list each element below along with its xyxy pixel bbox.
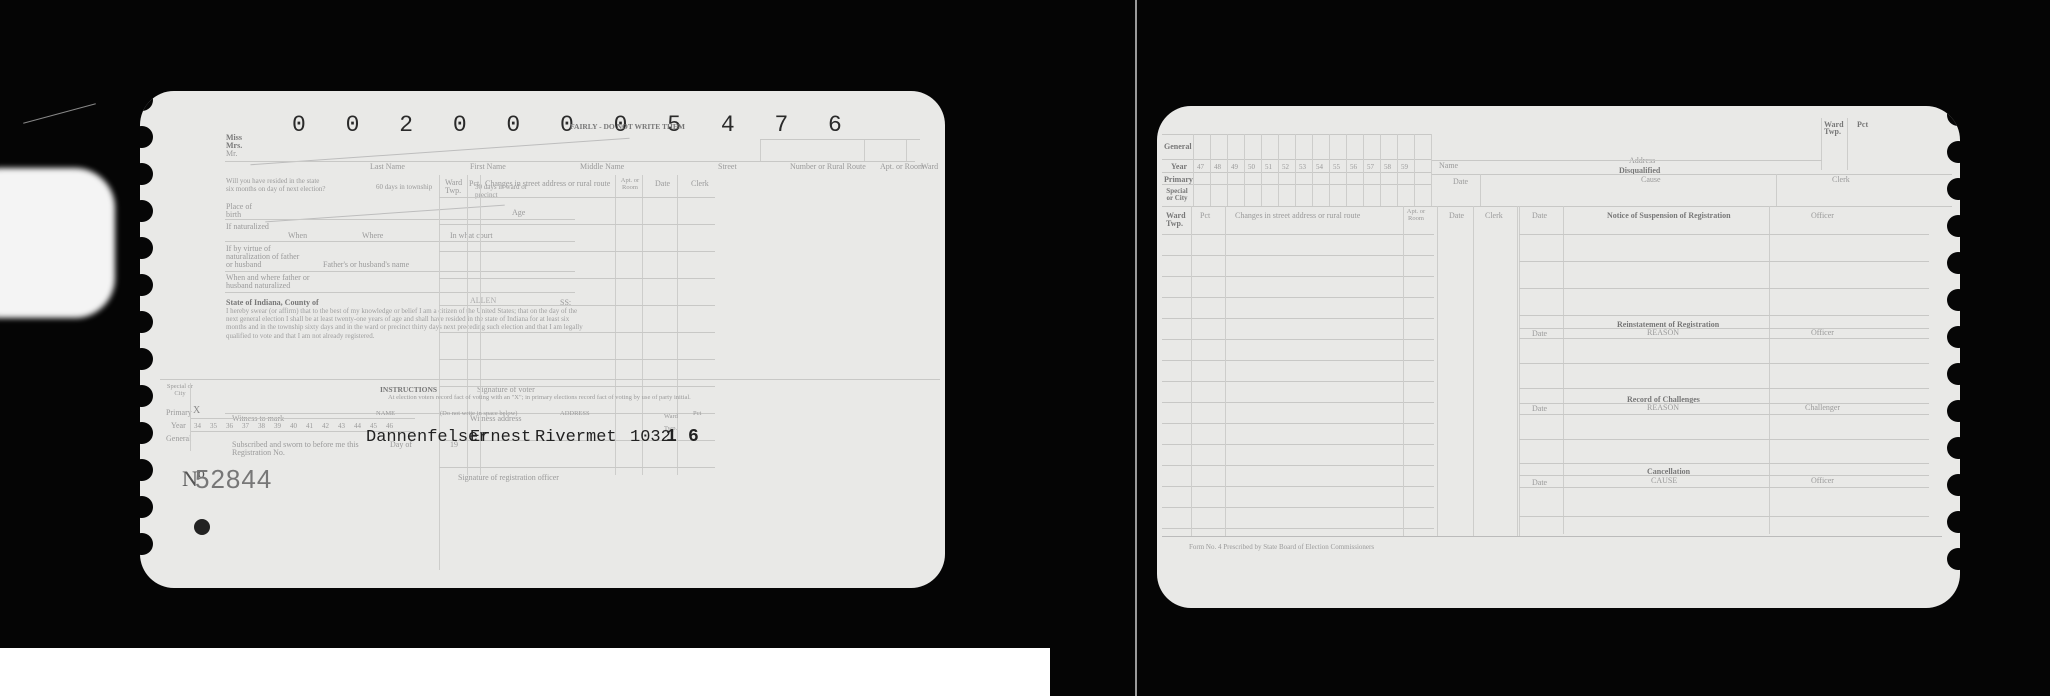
rule [1295, 134, 1296, 206]
rule [1210, 134, 1211, 206]
rule [1363, 134, 1364, 206]
label-last-name: Last Name [370, 163, 405, 171]
punch-hole-icon [140, 91, 153, 111]
back-changes-table: Ward Twp. Pct Changes in street address … [1162, 206, 1434, 536]
year-cell: 48 [1214, 163, 1221, 171]
table-row [1162, 276, 1434, 277]
registration-officer-label: Signature of registration officer [458, 474, 559, 482]
label-ward: Ward [921, 163, 938, 171]
instructions-heading: INSTRUCTIONS [380, 386, 437, 394]
place-of-birth-label: Place of birth [226, 203, 256, 219]
table-row [1519, 261, 1929, 262]
punch-hole-icon [1947, 363, 1960, 385]
label-general: General [166, 435, 191, 443]
header-notice: FAIRLY - DO NOT WRITE THEM [570, 123, 685, 131]
rule [1480, 174, 1481, 206]
back-pct-label: Pct [1857, 121, 1868, 129]
year-cell: 51 [1265, 163, 1272, 171]
punch-hole-icon [140, 274, 153, 296]
instructions-no-write: (Do not write in space below) [440, 411, 517, 418]
back-col-changes: Changes in street address or rural route [1235, 212, 1360, 220]
rule [1278, 134, 1279, 206]
rule [1329, 134, 1330, 206]
col-date: Date [655, 180, 670, 188]
rule [1563, 206, 1564, 534]
punch-hole-icon [140, 348, 153, 370]
typed-first-name: Ernest [470, 428, 531, 447]
year-cell: 41 [306, 422, 313, 430]
back-address-label: Address [1629, 157, 1655, 165]
table-row [439, 251, 715, 252]
year-cell: 56 [1350, 163, 1357, 171]
table-row [439, 467, 715, 468]
rule [906, 139, 907, 161]
rule [1431, 134, 1432, 206]
white-overlay-bar [0, 648, 1050, 696]
punch-hole-icon [1947, 474, 1960, 496]
punch-hole-icon [140, 200, 153, 222]
typed-number: 1032 [630, 428, 671, 447]
table-row [1519, 234, 1929, 235]
where-label: Where [362, 232, 383, 240]
year-cell: 50 [1248, 163, 1255, 171]
year-cell: 35 [210, 422, 217, 430]
when-label: When [288, 232, 307, 240]
table-row [439, 305, 715, 306]
rule [1437, 206, 1438, 536]
rule [1225, 206, 1226, 536]
rule [760, 139, 920, 140]
reinstatement-col-reason: REASON [1647, 329, 1679, 337]
table-row [1162, 339, 1434, 340]
registration-number: 52844 [195, 464, 272, 495]
punch-hole-icon [140, 422, 153, 444]
challenges-col-reason: REASON [1647, 404, 1679, 412]
back-cause-label: Cause [1641, 176, 1661, 184]
residence-question: Will you have resided in the state six m… [226, 177, 326, 193]
year-cell: 36 [226, 422, 233, 430]
punch-hole-icon [1947, 289, 1960, 311]
title-mr: Mr. [226, 150, 237, 158]
year-cell: 54 [1316, 163, 1323, 171]
year-cell: 58 [1384, 163, 1391, 171]
punch-hole-icon [1947, 215, 1960, 237]
year-cell: 43 [338, 422, 345, 430]
instructions-name-label: NAME [376, 411, 395, 418]
naturalized-label: If naturalized [226, 223, 269, 231]
year-cell: 44 [354, 422, 361, 430]
rule [1432, 174, 1952, 175]
punch-hole-icon [1947, 511, 1960, 533]
label-first-name: First Name [470, 163, 506, 171]
rule [1162, 172, 1432, 173]
col-changes: Changes in street address or rural route [485, 180, 610, 188]
label-year: Year [171, 422, 186, 430]
col-apt-room: Apt. or Room [619, 177, 641, 191]
oath-heading: State of Indiana, County of [226, 299, 319, 307]
punch-hole-icon [140, 237, 153, 259]
typed-precinct: 6 [688, 427, 699, 447]
table-row [1162, 318, 1434, 319]
suspension-col-date: Date [1532, 212, 1547, 220]
back-ward-label: Ward Twp. [1824, 121, 1844, 135]
year-cell: 59 [1401, 163, 1408, 171]
punch-hole-icon [1947, 252, 1960, 274]
year-cell: 53 [1299, 163, 1306, 171]
punch-hole-icon [194, 519, 210, 535]
year-cell: 47 [1197, 163, 1204, 171]
rule [190, 383, 191, 451]
year-cell: 52 [1282, 163, 1289, 171]
rule [1162, 536, 1942, 537]
rule [1162, 184, 1432, 185]
table-row [1519, 328, 1929, 329]
rule [1821, 118, 1822, 170]
instructions-text: At election voters record fact of voting… [388, 394, 828, 401]
table-row [1162, 297, 1434, 298]
back-col-clerk: Clerk [1485, 212, 1503, 220]
table-row [1519, 487, 1929, 488]
reinstatement-col-officer: Officer [1811, 329, 1834, 337]
table-row [1519, 414, 1929, 415]
form-footer: Form No. 4 Prescribed by State Board of … [1189, 544, 1374, 551]
table-row [1519, 475, 1929, 476]
table-row [439, 224, 715, 225]
township-label: 60 days in township [376, 183, 436, 191]
table-row [1162, 465, 1434, 466]
registration-no-label: Registration No. [232, 449, 285, 457]
punch-hole-icon [1947, 437, 1960, 459]
table-row [1519, 439, 1929, 440]
punch-hole-icon [140, 459, 153, 481]
film-frame-divider [1135, 0, 1137, 696]
year-cell: 55 [1333, 163, 1340, 171]
father-name-label: Father's or husband's name [323, 261, 409, 269]
reinstatement-col-date: Date [1532, 330, 1547, 338]
rule [1517, 206, 1518, 536]
table-row [1162, 234, 1434, 235]
rule [1346, 134, 1347, 206]
rule [1397, 134, 1398, 206]
punch-hole-icon [140, 163, 153, 185]
cancellation-col-date: Date [1532, 479, 1547, 487]
rule [1432, 160, 1822, 161]
year-cell: 39 [274, 422, 281, 430]
challenges-col-date: Date [1532, 405, 1547, 413]
virtue-label: If by virtue of naturalization of father… [226, 245, 306, 269]
challenges-col-challenger: Challenger [1805, 404, 1840, 412]
table-row [1162, 381, 1434, 382]
back-label-year: Year [1171, 163, 1187, 171]
punch-hole-icon [140, 126, 153, 148]
table-row [1162, 444, 1434, 445]
table-row [1519, 388, 1929, 389]
back-label-special-city: Special or City [1166, 188, 1188, 202]
rule [1403, 206, 1404, 536]
year-cell: 49 [1231, 163, 1238, 171]
rule [1776, 174, 1777, 206]
table-row [1519, 516, 1929, 517]
label-street: Street [718, 163, 737, 171]
typed-ward: 1 [666, 427, 677, 447]
year-cell: 34 [194, 422, 201, 430]
cancellation-col-cause: CAUSE [1651, 477, 1677, 485]
when-where-label: When and where father or husband natural… [226, 274, 336, 290]
table-row [439, 359, 715, 360]
punch-hole-icon [140, 311, 153, 333]
rule [1847, 118, 1848, 170]
year-cell: 37 [242, 422, 249, 430]
voter-registration-card-back: General Year Primary Special or City 47 … [1157, 106, 1960, 608]
punch-hole-icon [1947, 326, 1960, 348]
punch-hole-icon [140, 533, 153, 555]
primary-mark: X [193, 406, 200, 416]
back-col-pct: Pct [1200, 212, 1210, 220]
punch-hole-icon [140, 385, 153, 407]
table-row [1162, 486, 1434, 487]
table-row [1519, 338, 1929, 339]
rule [1162, 134, 1432, 135]
table-row [1162, 255, 1434, 256]
rule [1244, 134, 1245, 206]
table-row [1519, 403, 1929, 404]
table-row [1162, 360, 1434, 361]
rule [1769, 206, 1770, 534]
punch-hole-icon [1947, 548, 1960, 570]
table-row [439, 386, 715, 387]
instructions-address-label: ADDRESS [560, 411, 590, 418]
rule [1380, 134, 1381, 206]
rule [760, 139, 761, 161]
back-name-label: Name [1439, 162, 1458, 170]
cancellation-col-officer: Officer [1811, 477, 1834, 485]
typed-street: Rivermet [535, 428, 617, 447]
table-row [1162, 507, 1434, 508]
suspension-heading: Notice of Suspension of Registration [1607, 212, 1731, 220]
rule [1473, 206, 1474, 536]
table-row [1519, 463, 1929, 464]
col-ward-twp: Ward Twp. [445, 179, 467, 195]
table-row [439, 278, 715, 279]
year-cell: 40 [290, 422, 297, 430]
voter-registration-card-front: 0 0 2 0 0 0 0 5 4 7 6 FAIRLY - DO NOT WR… [140, 91, 945, 588]
col-pct: Pct [469, 180, 479, 188]
year-cell: 57 [1367, 163, 1374, 171]
back-col-date: Date [1449, 212, 1464, 220]
back-label-primary: Primary [1164, 176, 1193, 184]
year-cell: 42 [322, 422, 329, 430]
table-row [1162, 402, 1434, 403]
table-row [1519, 363, 1929, 364]
rule [864, 139, 865, 161]
back-date-label: Date [1453, 178, 1468, 186]
punch-hole-icon [140, 496, 153, 518]
rule [1261, 134, 1262, 206]
back-col-ward-twp: Ward Twp. [1166, 212, 1188, 228]
year-cell: 38 [258, 422, 265, 430]
label-primary: Primary [166, 409, 192, 417]
table-row [1162, 423, 1434, 424]
back-label-general: General [1164, 143, 1192, 151]
punch-hole-icon [1947, 106, 1960, 126]
rule [1227, 134, 1228, 206]
light-glare [0, 168, 115, 318]
label-number-route: Number or Rural Route [790, 163, 866, 171]
punch-hole-icon [1947, 141, 1960, 163]
instructions-pct-label: Pct [693, 411, 701, 418]
rule [1191, 206, 1192, 536]
table-row [439, 332, 715, 333]
label-middle-name: Middle Name [580, 163, 624, 171]
label-apt-room: Apt. or Room [880, 163, 924, 171]
rule [1162, 159, 1432, 160]
punch-hole-icon [1947, 178, 1960, 200]
punch-hole-icon [1947, 400, 1960, 422]
rule [1193, 134, 1194, 206]
film-scratch [23, 103, 96, 123]
rule [1312, 134, 1313, 206]
table-row [1519, 288, 1929, 289]
rule [1414, 134, 1415, 206]
table-row [1519, 315, 1929, 316]
rule [190, 418, 415, 419]
rule [160, 379, 940, 380]
table-row [1162, 528, 1434, 529]
table-row [439, 197, 715, 198]
suspension-col-officer: Officer [1811, 212, 1834, 220]
back-col-apt-room: Apt. or Room [1404, 208, 1428, 222]
back-clerk-label: Clerk [1832, 176, 1850, 184]
col-clerk: Clerk [691, 180, 709, 188]
